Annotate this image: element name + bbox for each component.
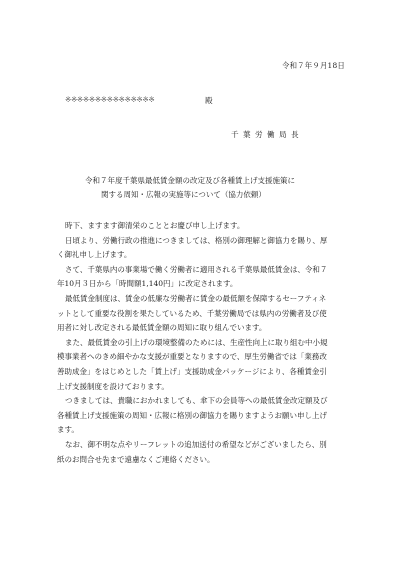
document-date: 令和７年９月18日 [282, 60, 345, 71]
recipient-line: ※※※※※※※※※※※※※※※ 殿 [65, 95, 154, 104]
recipient-honorific: 殿 [205, 95, 213, 106]
body-line: 各種賃上げ支援施策の周知・広報に格別の御協力を賜りますようお願い申し上げ [57, 409, 347, 424]
body-line: 最低賃金制度は、賃金の低廉な労働者に賃金の最低額を保障するセーフティネ [57, 292, 347, 307]
body-line: 善助成金」をはじめとした「賃上げ」支援助成金パッケージにより、各種賃金引 [57, 365, 347, 380]
body-line: ットとして重要な役割を果たしているため、千葉労働局では県内の労働者及び使 [57, 307, 347, 322]
document-page: 令和７年９月18日 ※※※※※※※※※※※※※※※ 殿 千葉労働局長 令和７年度… [0, 0, 400, 566]
body-line: ます。 [57, 423, 347, 438]
body-line: 上げ支援制度を設けております。 [57, 380, 347, 395]
body-line: つきましては、貴職におかれましても、傘下の会員等への最低賃金改定額及び [57, 394, 347, 409]
recipient-name-masked: ※※※※※※※※※※※※※※※ [65, 95, 154, 104]
body-line: く御礼申し上げます。 [57, 248, 347, 263]
body-line: 年10月３日から「時間額1,140円」に改定されます。 [57, 277, 347, 292]
document-body: 時下、ますます御清栄のこととお慶び申し上げます。日頃より、労働行政の推進につきま… [57, 219, 347, 467]
body-line: 用者に対し改定される最低賃金額の周知に取り組んでいます。 [57, 321, 347, 336]
body-line: 模事業者へのきめ細やかな支援が重要となりますので、厚生労働省では「業務改 [57, 350, 347, 365]
document-title: 令和７年度千葉県最低賃金額の改定及び各種賃上げ支援施策に 関する周知・広報の実施… [85, 174, 295, 202]
title-line-2: 関する周知・広報の実施等について（協力依頼） [85, 188, 295, 202]
title-line-1: 令和７年度千葉県最低賃金額の改定及び各種賃上げ支援施策に [85, 174, 295, 188]
body-line: 時下、ますます御清栄のこととお慶び申し上げます。 [57, 219, 347, 234]
body-line: なお、御不明な点やリーフレットの追加送付の希望などがございましたら、別 [57, 438, 347, 453]
body-line: 日頃より、労働行政の推進につきましては、格別の御理解と御協力を賜り、厚 [57, 234, 347, 249]
body-line: 紙のお問合せ先まで遠慮なくご連絡ください。 [57, 453, 347, 468]
body-line: さて、千葉県内の事業場で働く労働者に適用される千葉県最低賃金は、令和７ [57, 263, 347, 278]
sender-name: 千葉労働局長 [231, 129, 303, 140]
body-line: また、最低賃金の引上げの環境整備のためには、生産性向上に取り組む中小規 [57, 336, 347, 351]
